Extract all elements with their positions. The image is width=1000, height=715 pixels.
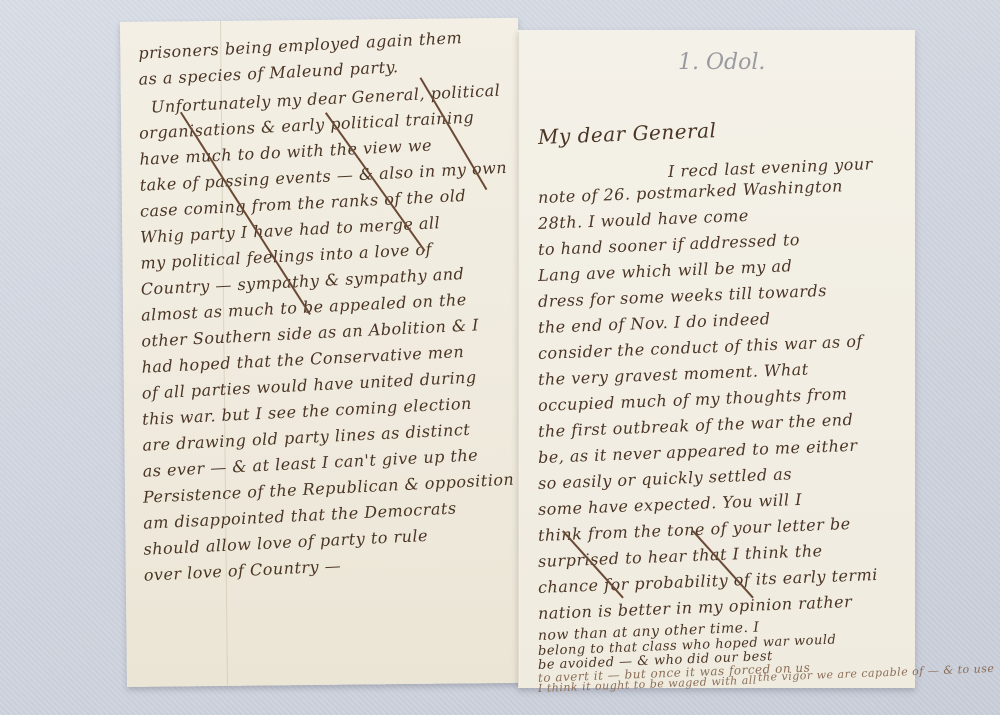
right-line: dress for some weeks till towards bbox=[538, 281, 828, 311]
right-line: note of 26. postmarked Washington bbox=[538, 176, 844, 207]
center-fold bbox=[518, 32, 520, 687]
right-line: occupied much of my thoughts from bbox=[538, 384, 848, 415]
right-line: the first outbreak of the war the end bbox=[538, 410, 854, 441]
left-line: prisoners being employed again them bbox=[138, 28, 463, 63]
right-line: surprised to hear that I think the bbox=[538, 541, 823, 571]
left-line: over love of Country — bbox=[143, 556, 341, 585]
right-line: so easily or quickly settled as bbox=[538, 464, 793, 493]
right-page: 1. Odol. My dear General I recd last eve… bbox=[518, 30, 915, 688]
left-page: prisoners being employed again them as a… bbox=[120, 18, 525, 687]
left-line: as a species of Maleund party. bbox=[138, 57, 399, 89]
right-line: some have expected. You will I bbox=[538, 490, 803, 519]
letter-sheet: prisoners being employed again them as a… bbox=[120, 22, 915, 687]
right-line: consider the conduct of this war as of bbox=[538, 332, 864, 363]
right-line: Lang ave which will be my ad bbox=[538, 256, 793, 285]
right-line: to hand sooner if addressed to bbox=[538, 230, 801, 259]
right-line: think from the tone of your letter be bbox=[538, 514, 851, 545]
salutation: My dear General bbox=[538, 118, 717, 149]
right-line: be, as it never appeared to me either bbox=[538, 436, 858, 467]
right-line: 28th. I would have come bbox=[538, 206, 749, 233]
right-line: the end of Nov. I do indeed bbox=[538, 309, 771, 337]
left-line: should allow love of party to rule bbox=[143, 526, 428, 559]
docket-note: 1. Odol. bbox=[678, 50, 765, 75]
right-line: the very gravest moment. What bbox=[538, 360, 809, 389]
right-line: nation is better in my opinion rather bbox=[538, 592, 853, 623]
